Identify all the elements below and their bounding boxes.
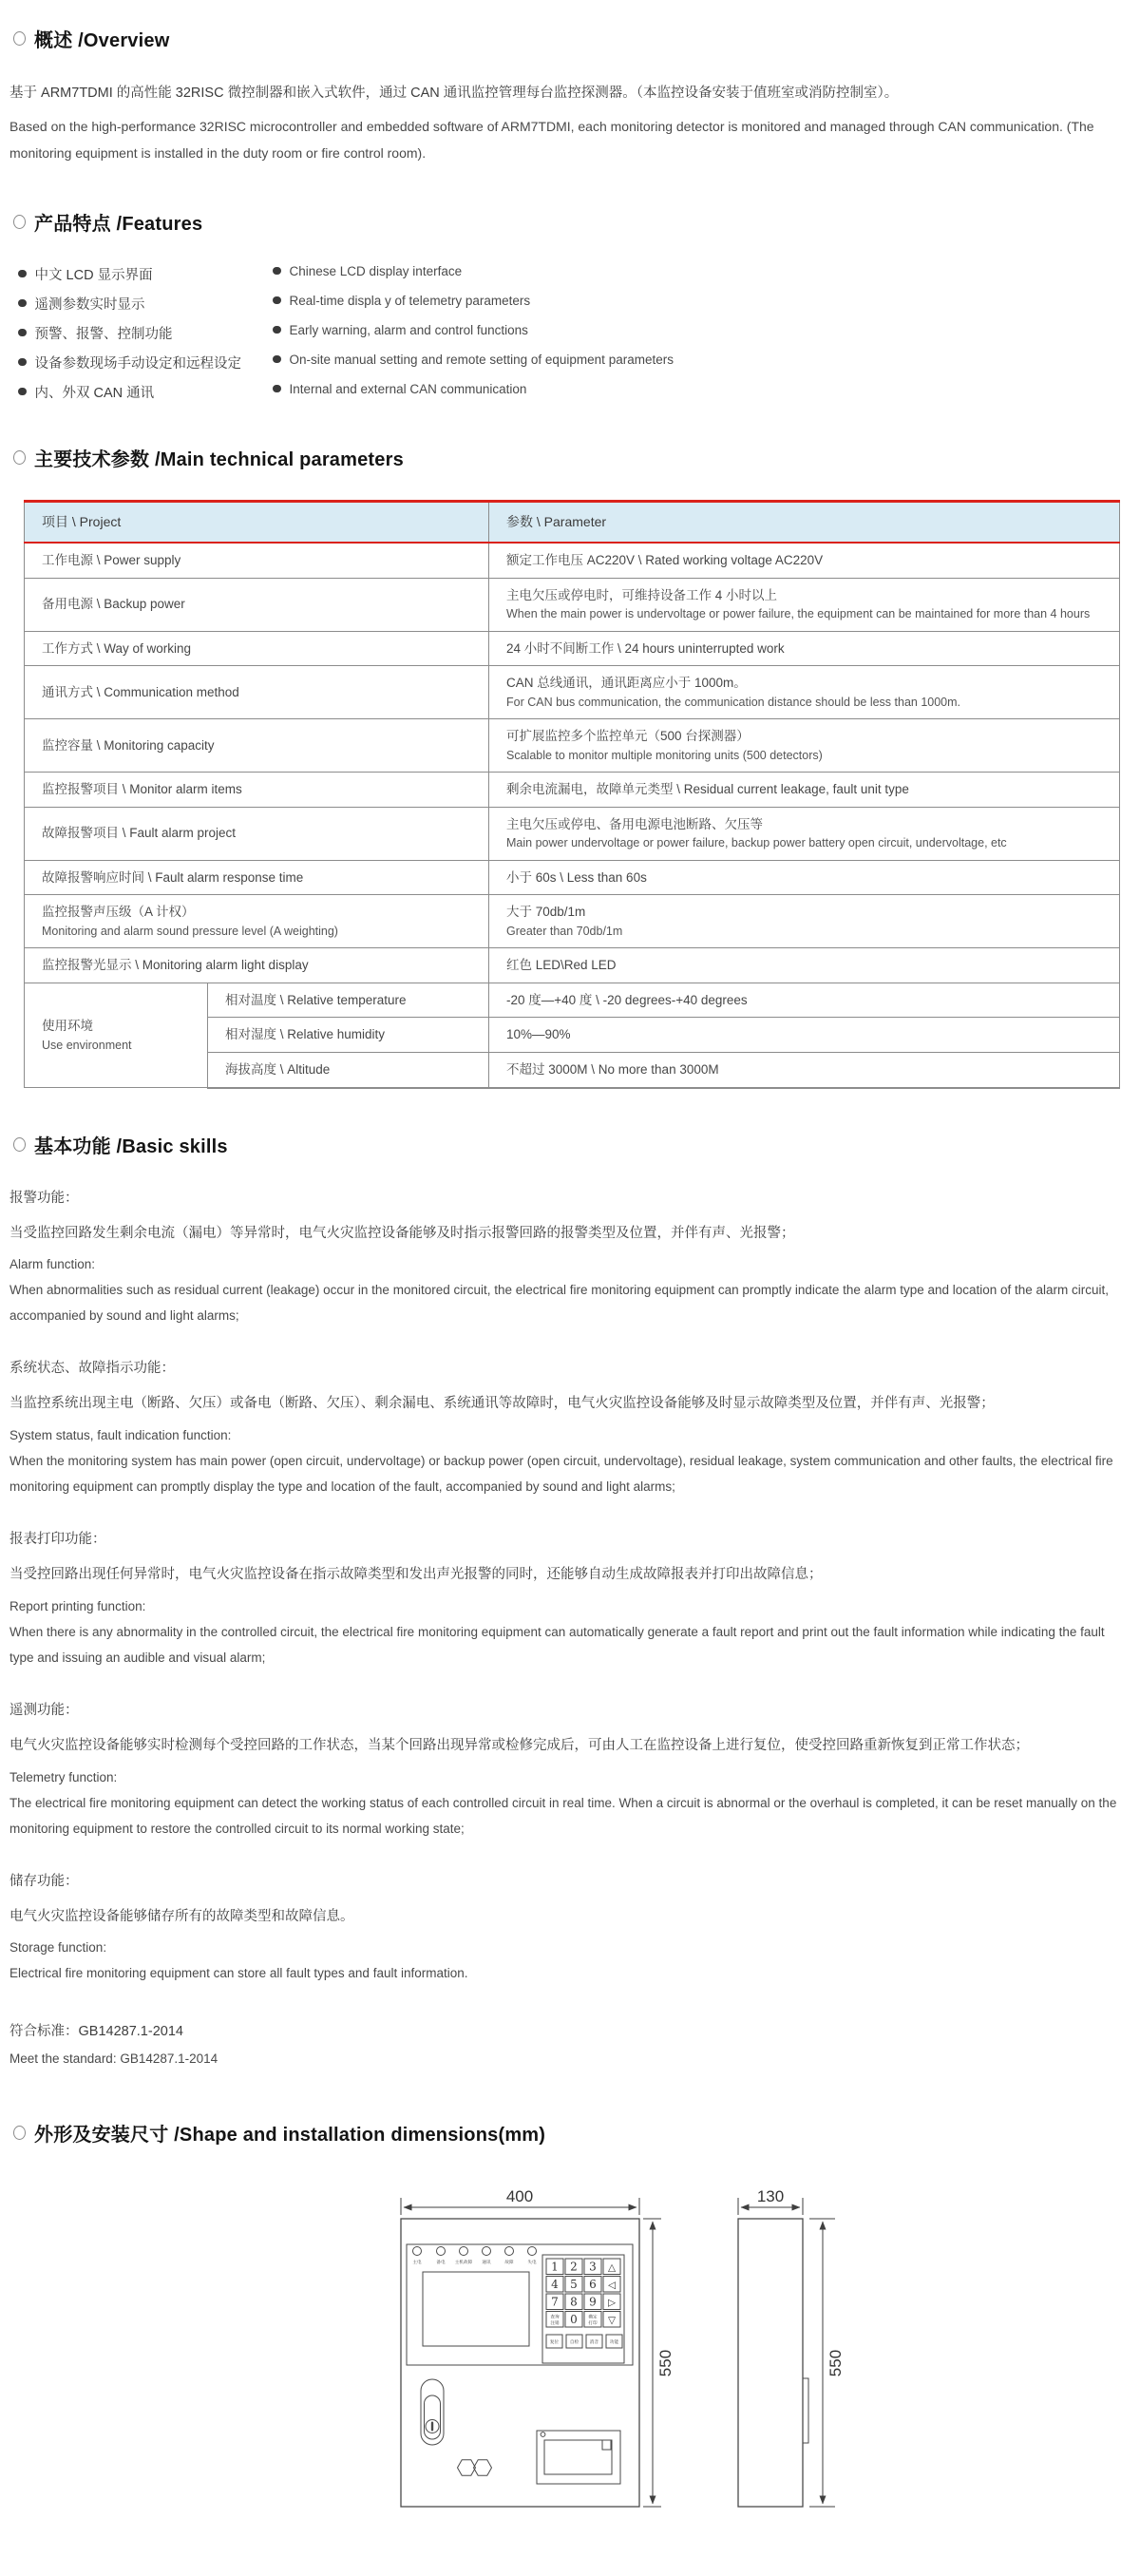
environment-sub-line: 相对温度 \ Relative temperature [225,990,475,1011]
project-line: 监控容量 \ Monitoring capacity [42,735,475,756]
basic-skill-paragraph-en-label: Report printing function: [9,1599,1130,1613]
project-cell: 故障报警项目 \ Fault alarm project [25,807,489,860]
parameter-line: CAN 总线通讯，通讯距离应小于 1000m。 [506,673,1106,694]
feature-row: 设备参数现场手动设定和远程设定On-site manual setting an… [18,353,1130,372]
basic-skill-paragraph-zh: 当受监控回路发生剩余电流（漏电）等异常时，电气火灾监控设备能够及时指示报警回路的… [9,1220,1130,1249]
parameter-cell: 额定工作电压 AC220V \ Rated working voltage AC… [489,543,1120,578]
led-label: 故障 [504,2259,514,2265]
project-line: 通讯方式 \ Communication method [42,682,475,703]
feature-label: 预警、报警、控制功能 [35,323,173,343]
printer-button [602,2440,611,2450]
keypad-digit-label: 8 [570,2296,578,2309]
project-cell: 监控报警光显示 \ Monitoring alarm light display [25,948,489,983]
parameter-line: 小于 60s \ Less than 60s [506,868,1106,888]
parameter-line: 剩余电流漏电，故障单元类型 \ Residual current leakage… [506,779,1106,800]
keypad-arrow-key-label: △ [608,2262,617,2274]
environment-sub-cell: 海拔高度 \ Altitude [208,1053,489,1088]
feature-row: 预警、报警、控制功能Early warning, alarm and contr… [18,323,1130,343]
feature-label: On-site manual setting and remote settin… [290,353,674,367]
bullet-icon [273,355,281,364]
project-cell: 工作电源 \ Power supply [25,543,489,578]
environment-label-zh: 使用环境 [42,1016,194,1037]
column-header-parameter: 参数 \ Parameter [489,501,1120,543]
environment-sub-line: 海拔高度 \ Altitude [225,1059,475,1080]
standard-line-zh: 符合标准：GB14287.1-2014 [9,2020,1130,2040]
function-key-label: 功能 [610,2338,619,2345]
parameter-cell: 主电欠压或停电时，可维持设备工作 4 小时以上When the main pow… [489,578,1120,631]
function-key-label: 自检 [570,2338,579,2345]
bullet-icon [273,296,281,305]
section-marker-icon [13,31,26,46]
dimensions-title: 外形及安装尺寸 /Shape and installation dimensio… [34,2119,545,2147]
table-header-row: 项目 \ Project 参数 \ Parameter [25,501,1120,543]
parameter-line: 大于 70db/1m [506,902,1106,923]
keypad-key-label: 确定打印 [588,2314,598,2327]
parameter-line: Scalable to monitor multiple monitoring … [506,747,1106,765]
function-key-label: 消音 [590,2338,599,2345]
feature-item-en: Real-time displa y of telemetry paramete… [273,294,530,308]
parameter-cell: 10%—90% [489,1018,1120,1053]
bullet-icon [18,358,27,367]
overview-title: 概述 /Overview [34,25,169,52]
section-heading-basic-skills: 基本功能 /Basic skills [13,1131,1130,1158]
feature-item-zh: 中文 LCD 显示界面 [18,264,273,284]
basic-skill-paragraph-en-label: Storage function: [9,1940,1130,1955]
feature-label: 遥测参数实时显示 [35,294,145,314]
parameter-cell: -20 度—+40 度 \ -20 degrees-+40 degrees [489,983,1120,1018]
basic-skill-paragraph-en-label: Telemetry function: [9,1770,1130,1784]
parameter-line: 红色 LED\Red LED [506,955,1106,976]
feature-label: 中文 LCD 显示界面 [35,264,153,284]
basic-skill-paragraph-zh-label: 报表打印功能： [9,1528,1130,1548]
led-label: 主电 [412,2259,422,2264]
parameter-cell: 可扩展监控多个监控单元（500 台探测器）Scalable to monitor… [489,719,1120,773]
keypad-arrow-key-label: ▷ [608,2298,617,2309]
feature-label: Chinese LCD display interface [290,264,463,278]
keypad-digit-label: 3 [589,2261,597,2274]
feature-label: Early warning, alarm and control functio… [290,323,528,337]
project-cell: 通讯方式 \ Communication method [25,666,489,719]
features-list: 中文 LCD 显示界面Chinese LCD display interface… [18,264,1130,402]
features-title: 产品特点 /Features [34,208,202,236]
feature-item-en: Early warning, alarm and control functio… [273,323,528,337]
printer-slot [544,2440,612,2474]
parameter-line: -20 度—+40 度 \ -20 degrees-+40 degrees [506,990,1106,1011]
status-led-icon [505,2247,514,2256]
section-heading-features: 产品特点 /Features [13,208,1130,236]
parameter-cell: 不超过 3000M \ No more than 3000M [489,1053,1120,1088]
basic-skill-paragraph-en: When the monitoring system has main powe… [9,1448,1130,1499]
environment-sub-cell: 相对温度 \ Relative temperature [208,983,489,1018]
table-row: 通讯方式 \ Communication methodCAN 总线通讯，通讯距离… [25,666,1120,719]
basic-skills-title: 基本功能 /Basic skills [34,1131,228,1158]
project-line: 工作电源 \ Power supply [42,550,475,571]
parameter-line: 额定工作电压 AC220V \ Rated working voltage AC… [506,550,1106,571]
keypad-digit-label: 5 [570,2278,578,2291]
parameter-line: 不超过 3000M \ No more than 3000M [506,1059,1106,1080]
basic-skill-paragraph-zh: 电气火灾监控设备能够实时检测每个受控回路的工作状态，当某个回路出现异常或检修完成… [9,1732,1130,1761]
side-handle [803,2378,808,2443]
environment-sub-line: 相对湿度 \ Relative humidity [225,1024,475,1045]
feature-row: 中文 LCD 显示界面Chinese LCD display interface [18,264,1130,284]
basic-skill-paragraph-zh-label: 储存功能： [9,1870,1130,1890]
basic-skill-paragraph-zh: 当受控回路出现任何异常时，电气火灾监控设备在指示故障类型和发出声光报警的同时，还… [9,1561,1130,1590]
table-row: 工作电源 \ Power supply额定工作电压 AC220V \ Rated… [25,543,1120,578]
keypad-keys: 123△456◁789▷查询注销0确定打印▽复位自检消音功能 [546,2259,622,2348]
parameter-line: 主电欠压或停电时，可维持设备工作 4 小时以上 [506,585,1106,606]
standard-line-en: Meet the standard: GB14287.1-2014 [9,2051,1130,2066]
section-marker-icon [13,2126,26,2140]
bullet-icon [273,326,281,334]
parameter-cell: 红色 LED\Red LED [489,948,1120,983]
printer [537,2431,620,2484]
basic-skill-paragraph-en-label: Alarm function: [9,1257,1130,1271]
feature-row: 遥测参数实时显示Real-time displa y of telemetry … [18,294,1130,314]
table-row: 故障报警项目 \ Fault alarm project主电欠压或停电、备用电源… [25,807,1120,860]
project-line: 备用电源 \ Backup power [42,594,475,615]
section-marker-icon [13,450,26,465]
table-row: 监控报警项目 \ Monitor alarm items剩余电流漏电，故障单元类… [25,773,1120,808]
parameter-line: When the main power is undervoltage or p… [506,605,1106,623]
keypad-digit-label: 2 [570,2261,578,2274]
parameter-line: 可扩展监控多个监控单元（500 台探测器） [506,726,1106,747]
parameter-line: 主电欠压或停电、备用电源电池断路、欠压等 [506,814,1106,835]
bullet-icon [18,270,27,278]
basic-skill-paragraph-en: The electrical fire monitoring equipment… [9,1790,1130,1841]
table-row: 使用环境Use environment相对温度 \ Relative tempe… [25,983,1120,1018]
side-view-cabinet [738,2219,803,2507]
column-header-project: 项目 \ Project [25,501,489,543]
table-row: 监控报警声压级（A 计权）Monitoring and alarm sound … [25,895,1120,948]
hex-nut-icon [474,2460,492,2475]
bullet-icon [273,267,281,276]
parameter-cell: 主电欠压或停电、备用电源电池断路、欠压等Main power undervolt… [489,807,1120,860]
table-row: 监控报警光显示 \ Monitoring alarm light display… [25,948,1120,983]
parameter-line: 24 小时不间断工作 \ 24 hours uninterrupted work [506,639,1106,659]
bullet-icon [273,385,281,393]
led-label: 主机故障 [455,2259,473,2265]
feature-item-en: On-site manual setting and remote settin… [273,353,674,367]
project-cell: 监控报警声压级（A 计权）Monitoring and alarm sound … [25,895,489,948]
parameter-cell: 大于 70db/1mGreater than 70db/1m [489,895,1120,948]
feature-label: Real-time displa y of telemetry paramete… [290,294,531,308]
installation-drawing: 400 550 130 550 主电备电主机故障通讯故障失电 123△456◁7… [0,2167,1140,2547]
bullet-icon [18,388,27,396]
status-led-icon [460,2247,468,2256]
feature-label: 内、外双 CAN 通讯 [35,382,155,402]
parameter-line: 10%—90% [506,1024,1106,1045]
bullet-icon [18,329,27,337]
led-label: 通讯 [482,2259,491,2265]
overview-paragraph-en: Based on the high-performance 32RISC mic… [9,113,1130,166]
parameter-line: For CAN bus communication, the communica… [506,694,1106,712]
basic-skill-paragraph-en: When there is any abnormality in the con… [9,1619,1130,1670]
project-cell: 监控报警项目 \ Monitor alarm items [25,773,489,808]
basic-skill-paragraph-zh-label: 遥测功能： [9,1699,1130,1719]
parameter-line: Greater than 70db/1m [506,923,1106,941]
environment-cell: 使用环境Use environment [25,983,208,1087]
environment-label-en: Use environment [42,1037,194,1055]
status-led-icon [483,2247,491,2256]
keypad-arrow-key-label: ▽ [608,2315,617,2326]
project-cell: 备用电源 \ Backup power [25,578,489,631]
keypad-digit-label: 4 [551,2278,559,2291]
feature-label: Internal and external CAN communication [290,382,527,396]
keypad-digit-label: 9 [589,2296,597,2309]
section-heading-dimensions: 外形及安装尺寸 /Shape and installation dimensio… [13,2119,1130,2147]
keyhole-slot [431,2422,433,2432]
project-cell: 监控容量 \ Monitoring capacity [25,719,489,773]
parameters-title: 主要技术参数 /Main technical parameters [34,444,404,471]
table-row: 工作方式 \ Way of working24 小时不间断工作 \ 24 hou… [25,631,1120,666]
lcd-screen [423,2272,529,2346]
basic-skills-paragraphs: 报警功能：当受监控回路发生剩余电流（漏电）等异常时，电气火灾监控设备能够及时指示… [9,1187,1130,1987]
parameter-cell: 剩余电流漏电，故障单元类型 \ Residual current leakage… [489,773,1120,808]
basic-skill-paragraph-en-label: System status, fault indication function… [9,1428,1130,1442]
feature-item-zh: 预警、报警、控制功能 [18,323,273,343]
table-row: 监控容量 \ Monitoring capacity可扩展监控多个监控单元（50… [25,719,1120,773]
basic-skill-paragraph-zh: 当监控系统出现主电（断路、欠压）或备电（断路、欠压）、剩余漏电、系统通讯等故障时… [9,1390,1130,1419]
overview-paragraph-zh: 基于 ARM7TDMI 的高性能 32RISC 微控制器和嵌入式软件，通过 CA… [9,81,1130,107]
parameter-line: Main power undervoltage or power failure… [506,834,1106,852]
keypad-digit-label: 7 [551,2296,559,2309]
section-marker-icon [13,215,26,229]
project-cell: 工作方式 \ Way of working [25,631,489,666]
keypad-arrow-key-label: ◁ [607,2280,616,2291]
parameter-cell: 小于 60s \ Less than 60s [489,860,1120,895]
table-row: 备用电源 \ Backup power主电欠压或停电时，可维持设备工作 4 小时… [25,578,1120,631]
printer-led-icon [541,2433,545,2437]
feature-item-zh: 设备参数现场手动设定和远程设定 [18,353,273,372]
project-line: 监控报警项目 \ Monitor alarm items [42,779,475,800]
basic-skill-paragraph-en: Electrical fire monitoring equipment can… [9,1960,1130,1986]
basic-skill-paragraph-zh-label: 报警功能： [9,1187,1130,1207]
section-heading-overview: 概述 /Overview [13,25,1130,52]
technical-parameters-table: 项目 \ Project 参数 \ Parameter 工作电源 \ Power… [24,500,1120,1089]
project-line: Monitoring and alarm sound pressure leve… [42,923,475,941]
status-led-icon [528,2247,537,2256]
front-height-label: 550 [656,2350,674,2376]
feature-item-en: Chinese LCD display interface [273,264,462,278]
hex-nut-icon [458,2460,476,2475]
feature-row: 内、外双 CAN 通讯Internal and external CAN com… [18,382,1130,402]
bullet-icon [18,299,27,308]
keypad-digit-label: 6 [589,2278,597,2291]
basic-skill-paragraph-zh: 电气火灾监控设备能够储存所有的故障类型和故障信息。 [9,1903,1130,1932]
product-datasheet-page: 概述 /Overview 基于 ARM7TDMI 的高性能 32RISC 微控制… [0,0,1140,2576]
side-height-label: 550 [826,2350,845,2376]
basic-skill-paragraph-en: When abnormalities such as residual curr… [9,1277,1130,1328]
project-line: 监控报警光显示 \ Monitoring alarm light display [42,955,475,976]
section-heading-parameters: 主要技术参数 /Main technical parameters [13,444,1130,471]
section-marker-icon [13,1137,26,1152]
project-line: 监控报警声压级（A 计权） [42,902,475,923]
parameter-cell: 24 小时不间断工作 \ 24 hours uninterrupted work [489,631,1120,666]
led-label: 失电 [527,2259,537,2265]
front-width-label: 400 [506,2187,533,2205]
project-line: 工作方式 \ Way of working [42,639,475,659]
feature-label: 设备参数现场手动设定和远程设定 [35,353,242,372]
led-label: 备电 [436,2259,446,2265]
basic-skill-paragraph-zh-label: 系统状态、故障指示功能： [9,1357,1130,1377]
function-key-label: 复位 [550,2338,560,2345]
keypad-key-label: 查询注销 [550,2314,560,2327]
status-led-icon [413,2247,422,2256]
table-row: 故障报警响应时间 \ Fault alarm response time小于 6… [25,860,1120,895]
environment-sub-cell: 相对湿度 \ Relative humidity [208,1018,489,1053]
status-led-icon [437,2247,446,2256]
project-line: 故障报警响应时间 \ Fault alarm response time [42,868,475,888]
keypad-digit-label: 0 [570,2313,578,2326]
feature-item-zh: 内、外双 CAN 通讯 [18,382,273,402]
parameter-cell: CAN 总线通讯，通讯距离应小于 1000m。For CAN bus commu… [489,666,1120,719]
side-width-label: 130 [757,2187,784,2205]
keypad-digit-label: 1 [551,2261,559,2274]
project-cell: 故障报警响应时间 \ Fault alarm response time [25,860,489,895]
feature-item-zh: 遥测参数实时显示 [18,294,273,314]
feature-item-en: Internal and external CAN communication [273,382,526,396]
status-led-row: 主电备电主机故障通讯故障失电 [412,2247,537,2266]
project-line: 故障报警项目 \ Fault alarm project [42,823,475,844]
